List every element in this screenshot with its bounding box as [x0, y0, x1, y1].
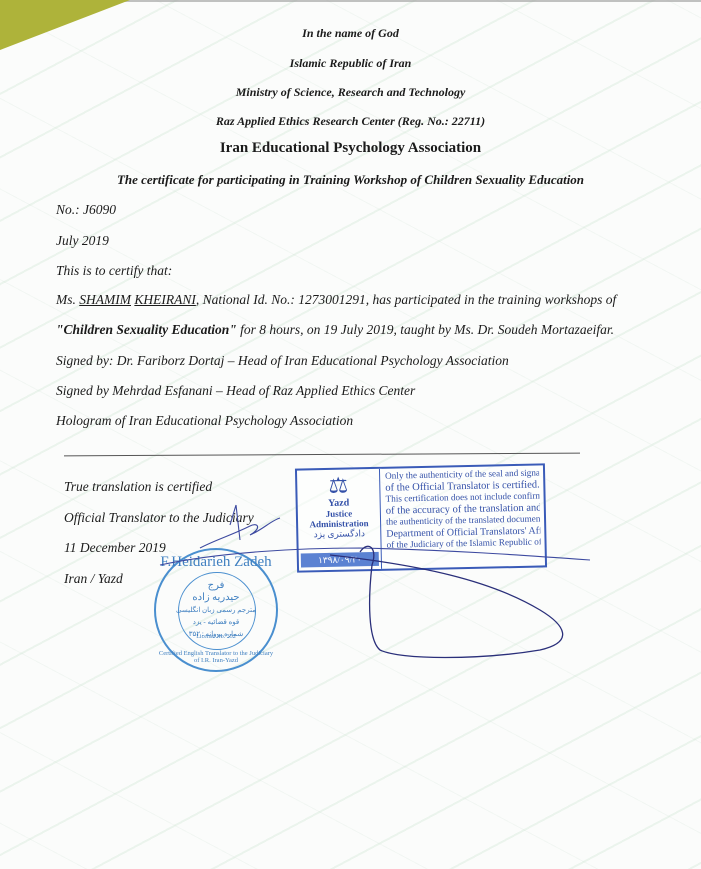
signed-by-esfanani: Signed by Mehrdad Esfanani – Head of Raz… — [56, 383, 415, 399]
national-id-text: , National Id. No.: 1273001291, has part… — [196, 292, 616, 307]
justice-stamp-admin-fa: دادگستری یزد — [298, 528, 380, 541]
header-line-ministry: Ministry of Science, Research and Techno… — [0, 85, 701, 100]
seal-fa-line2: قوه قضائیه - یزد — [156, 616, 276, 628]
course-details: for 8 hours, on 19 July 2019, taught by … — [237, 322, 614, 337]
translation-place: Iran / Yazd — [64, 571, 123, 587]
header-line-republic: Islamic Republic of Iran — [0, 56, 701, 71]
first-name: SHAMIM — [79, 292, 131, 307]
page-edge-shadow — [115, 0, 701, 2]
certificate-number: No.: J6090 — [56, 202, 116, 218]
last-name: KHEIRANI — [134, 292, 196, 307]
certificate-title: The certificate for participating in Tra… — [0, 172, 701, 188]
seal-certified-text: Certified English Translator to the Judi… — [156, 650, 276, 664]
header-line-god: In the name of God — [0, 26, 701, 41]
scales-of-justice-icon: ⚖ — [297, 473, 379, 499]
hologram-note: Hologram of Iran Educational Psychology … — [56, 413, 353, 429]
course-line: "Children Sexuality Education" for 8 hou… — [56, 322, 614, 338]
participant-line: Ms. SHAMIM KHEIRANI, National Id. No.: 1… — [56, 292, 616, 308]
justice-stamp-admin: Justice Administration — [298, 508, 380, 530]
seal-license: License No. 352 — [156, 634, 276, 640]
justice-stamp-emblem: ⚖ Yazd Justice Administration دادگستری ی… — [297, 469, 382, 571]
justice-stamp-text: Only the authenticity of the seal and si… — [385, 468, 541, 552]
translator-seal: F.Heidarieh Zadeh فرج حیدریه زاده مترجم … — [154, 548, 278, 672]
seal-fa-name2: حیدریه زاده — [156, 592, 276, 604]
translation-certified: True translation is certified — [64, 479, 212, 495]
certificate-date: July 2019 — [56, 233, 109, 249]
translation-date: 11 December 2019 — [64, 540, 166, 556]
justice-stamp-date-band: ۱۳۹۸/۰۹/۲۰ — [301, 552, 379, 568]
header-line-center: Raz Applied Ethics Research Center (Reg.… — [0, 114, 701, 129]
justice-administration-stamp: ⚖ Yazd Justice Administration دادگستری ی… — [295, 463, 547, 572]
paper-background — [0, 0, 701, 869]
seal-persian-text: فرج حیدریه زاده مترجم رسمی زبان انگلیسی … — [156, 580, 276, 640]
translator-title: Official Translator to the Judiciary — [64, 510, 254, 526]
signed-by-dortaj: Signed by: Dr. Fariborz Dortaj – Head of… — [56, 353, 509, 369]
seal-fa-name1: فرج — [156, 580, 276, 592]
certify-statement: This is to certify that: — [56, 263, 172, 279]
course-name: "Children Sexuality Education" — [56, 322, 237, 337]
association-name: Iran Educational Psychology Association — [0, 140, 701, 157]
name-prefix: Ms. — [56, 292, 79, 307]
seal-translator-name: F.Heidarieh Zadeh — [156, 554, 276, 571]
seal-fa-line1: مترجم رسمی زبان انگلیسی — [156, 604, 276, 616]
stamp-text-line: of the Judiciary of the Islamic Republic… — [386, 537, 540, 552]
